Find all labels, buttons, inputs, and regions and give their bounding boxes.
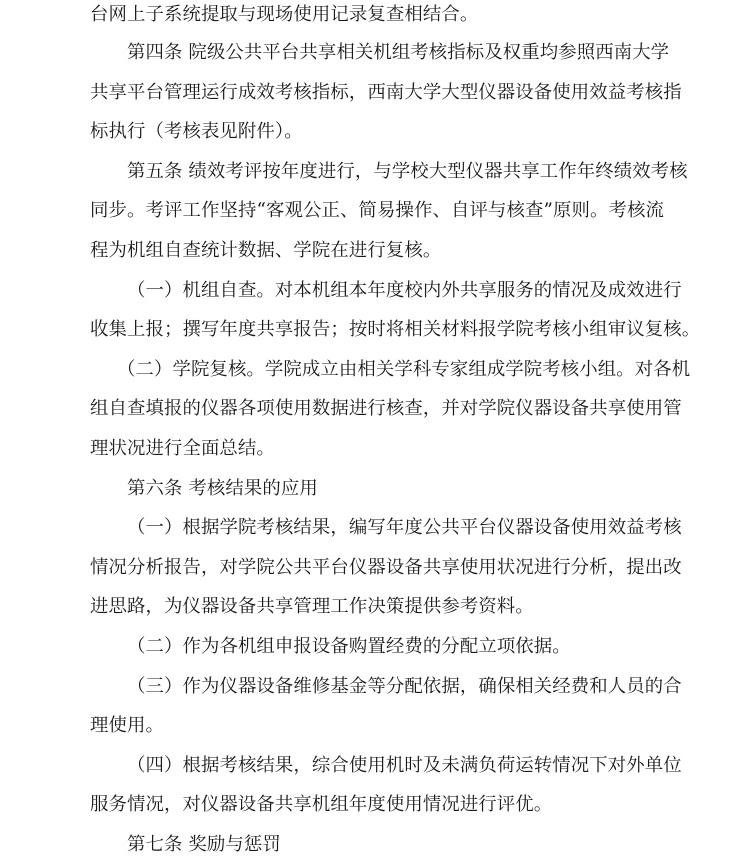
article-4-heading-line: 第四条 院级公共平台共享相关机组考核指标及权重均参照西南大学 [127,39,664,67]
article-6-heading-line: 第六条 考核结果的应用 [127,475,318,503]
article-7-heading-line: 第七条 奖励与惩罚 [127,831,281,859]
paragraph-line: 服务情况，对仪器设备共享机组年度使用情况进行评优。 [90,791,552,819]
paragraph-line: 标执行（考核表见附件）。 [90,118,303,146]
article-5-heading-line: 第五条 绩效考评按年度进行，与学校大型仪器共享工作年终绩效考核 [127,158,664,186]
paragraph-line: 理状况进行全面总结。 [90,435,275,463]
paragraph-line: 同步。考评工作坚持“客观公正、简易操作、自评与核查”原则。考核流 [90,197,664,225]
paragraph-line: 共享平台管理运行成效考核指标，西南大学大型仪器设备使用效益考核指 [90,79,664,107]
paragraph-line: 程为机组自查统计数据、学院在进行复核。 [90,237,441,265]
paragraph-line: 台网上子系统提取与现场使用记录复查相结合。 [90,1,478,29]
sub-item-2-line: （二）作为各机组申报设备购置经费的分配立项依据。 [127,633,571,661]
sub-item-2-line: （二）学院复核。学院成立由相关学科专家组成学院考核小组。对各机 [117,356,664,384]
sub-item-1-line: （一）根据学院考核结果，编写年度公共平台仪器设备使用效益考核 [127,514,664,542]
sub-item-1-line: （一）机组自查。对本机组本年度校内外共享服务的情况及成效进行 [127,277,664,305]
paragraph-line: 组自查填报的仪器各项使用数据进行核查，并对学院仪器设备共享使用管 [90,395,664,423]
paragraph-line: 收集上报；撰写年度共享报告；按时将相关材料报学院考核小组审议复核。 [90,316,664,344]
paragraph-line: 情况分析报告，对学院公共平台仪器设备共享使用状况进行分析，提出改 [90,554,664,582]
sub-item-4-line: （四）根据考核结果，综合使用机时及未满负荷运转情况下对外单位 [127,752,664,780]
paragraph-line: 进思路，为仪器设备共享管理工作决策提供参考资料。 [90,593,534,621]
paragraph-line: 理使用。 [90,712,164,740]
sub-item-3-line: （三）作为仪器设备维修基金等分配依据，确保相关经费和人员的合 [127,673,664,701]
